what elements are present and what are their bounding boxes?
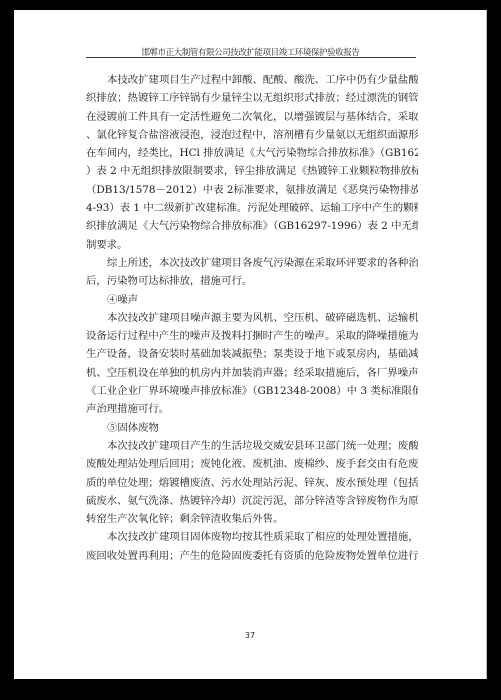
text-line: ）表 2 中无组织排放限制要求，锌尘排放满足《热镀锌工业颗粒物排放标准》 — [86, 162, 418, 180]
text-line: 本次技改扩建项目噪声源主要为风机、空压机、破碎磁选机、运输机和泵等 — [86, 309, 418, 327]
text-line: 转窑生产次氧化锌；剩余锌渣收集后外售。 — [86, 510, 418, 528]
text-line: 废回收处置再利用；产生的危险固废委托有资质的危险废物处置单位进行处置。 — [86, 547, 418, 565]
header-divider — [86, 57, 416, 58]
text-line: 本次技改扩建项目产生的生活垃圾交威安县环卫部门统一处理；废酸由本厂 — [86, 437, 418, 455]
paragraph: 综上所述，本次技改扩建项目各废气污染源在采取环评要求的各种治理措施后，污染物可达… — [86, 254, 418, 291]
section-heading: ④噪声 — [86, 291, 418, 309]
text-line: 机、空压机设在单独的机房内并加装消声器；经采取措施后，各厂界噪声均满足 — [86, 364, 418, 382]
document-page: 邯郸市正大制管有限公司技改扩能项目竣工环境保护验收报告 本技改扩建项目生产过程中… — [14, 10, 487, 679]
text-line: 本次技改扩建项目固体废物均按其性质采取了相应的处理处置措施，一般固 — [86, 528, 418, 546]
paragraph: 本次技改扩建项目噪声源主要为风机、空压机、破碎磁选机、运输机和泵等设备运行过程中… — [86, 309, 418, 419]
text-line: 生产设备，设备安装时基础加装减振垫；泵类设于地下或泵房内，基础减振；风 — [86, 345, 418, 363]
text-line: 本技改扩建项目生产过程中卸酸、配酸、酸洗、工序中仍有少量盐酸雾无组 — [86, 71, 418, 89]
text-line: 在浸镀前工件具有一定活性避免二次氧化，以增强镀层与基体结合，采取氯化铵 — [86, 108, 418, 126]
text-line: 《工业企业厂界环境噪声排放标准》（GB12348-2008）中 3 类标准限值要… — [86, 382, 418, 400]
text-line: 废酸处理站处理后回用；废钝化液、废机油、废棉纱、废手套交由有危废处理资 — [86, 455, 418, 473]
section-heading: ⑤固体废物 — [86, 419, 418, 437]
text-line: 声治理措施可行。 — [86, 400, 418, 418]
page-number: 37 — [14, 631, 486, 640]
text-line: 后，污染物可达标排放，措施可行。 — [86, 272, 418, 290]
paragraph: 本技改扩建项目生产过程中卸酸、配酸、酸洗、工序中仍有少量盐酸雾无组织排放；热镀锌… — [86, 71, 418, 254]
text-line: 设备运行过程中产生的噪声及拨料打捆时产生的噪声。采取的降噪措施为：主要 — [86, 327, 418, 345]
text-line: 4-93）表 1 中二级新扩改建标准。污泥处理破碎、运输工序中产生的颗粒物无组 — [86, 199, 418, 217]
text-line: 质的单位处理；熔镀槽废渣、污水处理站污泥、锌灰、废水预处理（包括除尘脱 — [86, 474, 418, 492]
document-body: 本技改扩建项目生产过程中卸酸、配酸、酸洗、工序中仍有少量盐酸雾无组织排放；热镀锌… — [86, 71, 418, 565]
text-line: 硫废水、氨气洗涤、热镀锌冷却）沉淀污泥，部分锌渣等含锌废物作为原料送回 — [86, 492, 418, 510]
text-line: 织排放满足《大气污染物综合排放标准》（GB16297-1996）表 2 中无组织… — [86, 217, 418, 235]
text-line: 制要求。 — [86, 236, 418, 254]
paragraph: 本次技改扩建项目固体废物均按其性质采取了相应的处理处置措施，一般固废回收处置再利… — [86, 528, 418, 565]
text-line: 织排放；热镀锌工序锌锅有少量锌尘以无组织形式排放；经过漂洗的钢管为保持 — [86, 89, 418, 107]
text-line: 在车间内，经类比，HCl 排放满足《大气污染物综合排放标准》（GB16297-1… — [86, 144, 418, 162]
paragraph: 本次技改扩建项目产生的生活垃圾交威安县环卫部门统一处理；废酸由本厂废酸处理站处理… — [86, 437, 418, 528]
text-line: （DB13/1578－2012）中表 2标准要求，氨排放满足《恶臭污染物排放标准… — [86, 181, 418, 199]
text-line: 、氯化锌复合盐溶液浸泡，浸泡过程中，溶剂槽有少量氨以无组织面源形式挥发 — [86, 126, 418, 144]
text-line: 综上所述，本次技改扩建项目各废气污染源在采取环评要求的各种治理措施 — [86, 254, 418, 272]
